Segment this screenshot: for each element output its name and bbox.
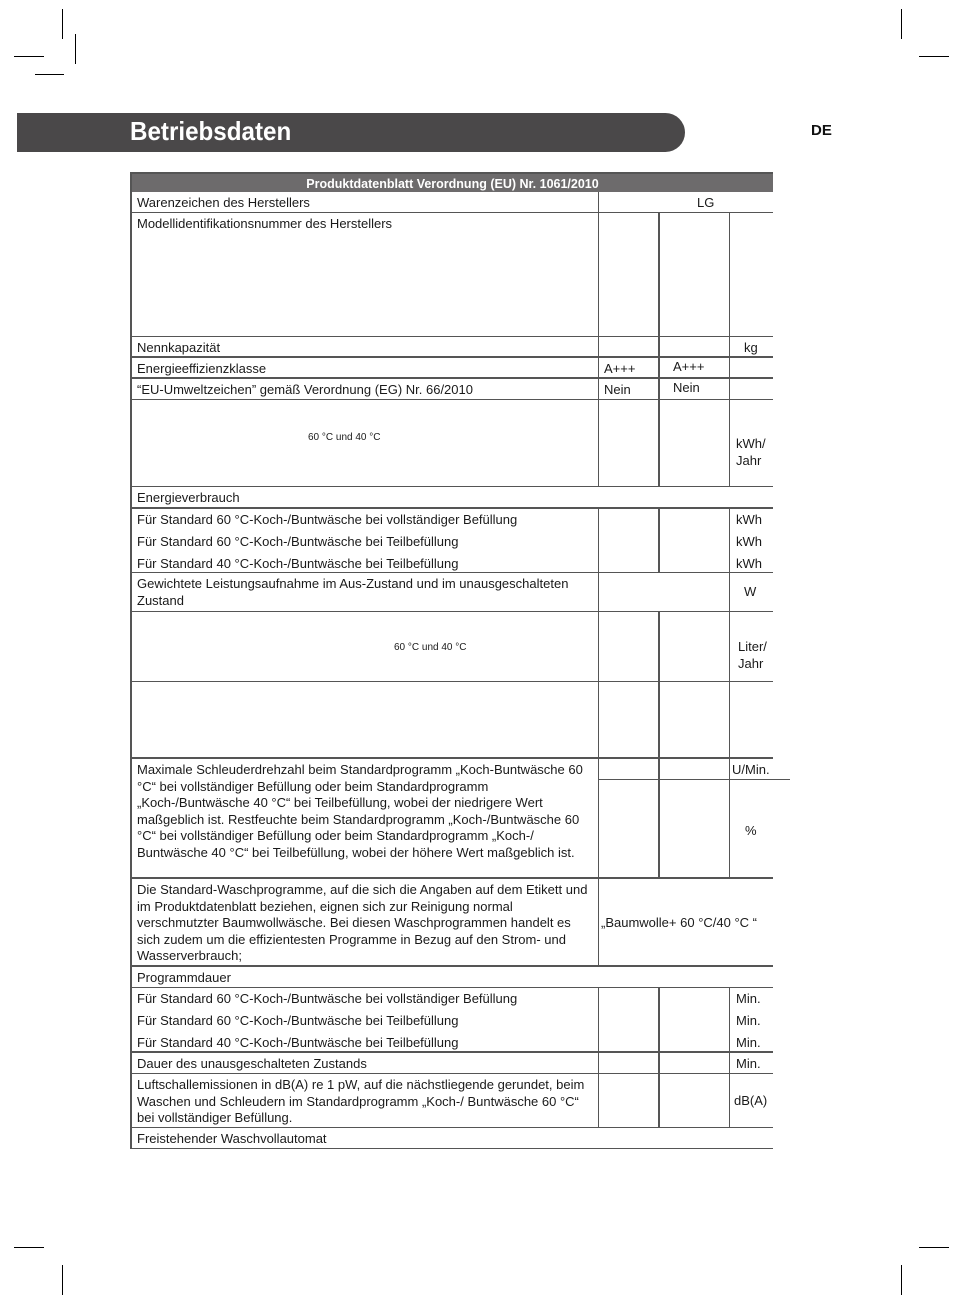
unit-text: Min. bbox=[736, 991, 761, 1006]
crop-mark bbox=[901, 9, 902, 39]
row-label: Modellidentifikationsnummer des Herstell… bbox=[137, 216, 597, 233]
crop-mark bbox=[901, 1265, 902, 1295]
row-label: Für Standard 60 °C-Koch-/Buntwäsche bei … bbox=[137, 991, 597, 1008]
value-cell: A+++ bbox=[658, 358, 731, 377]
unit-text: kWh/ bbox=[736, 436, 766, 451]
table-row-noise: Luftschallemissionen in dB(A) re 1 pW, a… bbox=[130, 1074, 773, 1128]
row-label: Luftschallemissionen in dB(A) re 1 pW, a… bbox=[137, 1077, 597, 1127]
product-data-sheet-table: Produktdatenblatt Verordnung (EU) Nr. 10… bbox=[130, 172, 773, 1149]
unit-cell: kWh kWh kWh bbox=[729, 509, 776, 572]
row-label: Für Standard 60 °C-Koch-/Buntwäsche bei … bbox=[137, 534, 597, 551]
value-cell bbox=[598, 573, 730, 611]
table-row-annual-energy: 60 °C und 40 °C kWh/ Jahr bbox=[130, 400, 773, 487]
crop-mark bbox=[62, 1265, 63, 1295]
unit-text: Min. bbox=[736, 1013, 761, 1028]
unit-text: Min. bbox=[736, 1056, 761, 1071]
unit-cell bbox=[729, 358, 776, 377]
unit-text: Min. bbox=[736, 1035, 761, 1050]
table-row-duration-section: Programmdauer bbox=[130, 967, 773, 988]
row-label: “EU-Umweltzeichen” gemäß Verordnung (EG)… bbox=[137, 382, 597, 399]
section-banner: Betriebsdaten bbox=[17, 113, 685, 152]
unit-cell: W bbox=[729, 573, 776, 611]
value-cell bbox=[658, 213, 731, 336]
table-row-spin-moisture: Maximale Schleuderdrehzahl beim Standard… bbox=[130, 759, 773, 879]
row-label: Für Standard 60 °C-Koch-/Buntwäsche bei … bbox=[137, 1013, 597, 1030]
table-row-left-on: Dauer des unausgeschalteten Zustands Min… bbox=[130, 1053, 773, 1074]
value-cell bbox=[598, 988, 659, 1051]
unit-text: Jahr bbox=[736, 453, 761, 468]
value-cell bbox=[658, 682, 731, 757]
value-cell: A+++ bbox=[598, 358, 659, 377]
unit-text: W bbox=[744, 584, 756, 599]
unit-cell: Min. bbox=[729, 1053, 776, 1073]
value-cell bbox=[598, 612, 659, 681]
cell-value: A+++ bbox=[673, 359, 704, 374]
crop-mark bbox=[919, 56, 949, 57]
crop-mark bbox=[919, 1247, 949, 1248]
table-row-duration-items: Für Standard 60 °C-Koch-/Buntwäsche bei … bbox=[130, 988, 773, 1053]
table-row-model: Modellidentifikationsnummer des Herstell… bbox=[130, 213, 773, 337]
value-cell bbox=[598, 682, 659, 757]
section-label: Energieverbrauch bbox=[137, 490, 597, 507]
unit-text: kWh bbox=[736, 534, 762, 549]
unit-text: kWh bbox=[736, 512, 762, 527]
cell-value: Nein bbox=[604, 382, 631, 397]
section-label: Programmdauer bbox=[137, 970, 597, 987]
unit-text: % bbox=[745, 823, 757, 838]
table-header: Produktdatenblatt Verordnung (EU) Nr. 10… bbox=[130, 172, 773, 192]
value-cell bbox=[658, 612, 731, 681]
value-cell bbox=[598, 1074, 659, 1127]
table-row-standby-power: Gewichtete Leistungsaufnahme im Aus-Zust… bbox=[130, 573, 773, 612]
value-cell bbox=[658, 337, 731, 356]
value-cell bbox=[598, 509, 659, 572]
value-cell bbox=[658, 988, 731, 1051]
table-row-energy-section: Energieverbrauch bbox=[130, 487, 773, 509]
unit-text: dB(A) bbox=[734, 1093, 767, 1108]
value-cell bbox=[658, 759, 731, 877]
unit-cell: U/Min. % bbox=[729, 759, 776, 877]
row-label: Energieeffizienzklasse bbox=[137, 361, 597, 378]
unit-cell: Liter/ Jahr bbox=[729, 612, 776, 681]
table-row-empty bbox=[130, 682, 773, 759]
row-label: Maximale Schleuderdrehzahl beim Standard… bbox=[137, 762, 597, 861]
table-row-capacity: Nennkapazität kg bbox=[130, 337, 773, 358]
table-row-energy-items: Für Standard 60 °C-Koch-/Buntwäsche bei … bbox=[130, 509, 773, 573]
unit-cell bbox=[729, 213, 776, 336]
table-row-type: Freistehender Waschvollautomat bbox=[130, 1128, 773, 1149]
row-label: Für Standard 60 °C-Koch-/Buntwäsche bei … bbox=[137, 512, 597, 529]
value-cell bbox=[598, 337, 659, 356]
page-title: Betriebsdaten bbox=[130, 116, 291, 147]
row-label: Für Standard 40 °C-Koch-/Buntwäsche bei … bbox=[137, 556, 597, 573]
brand-value-cell: LG bbox=[598, 192, 776, 212]
cell-value: Nein bbox=[673, 380, 700, 395]
unit-cell bbox=[729, 682, 776, 757]
table-row-annual-water: 60 °C und 40 °C Liter/ Jahr bbox=[130, 612, 773, 682]
table-row-programs: Die Standard-Waschprogramme, auf die sic… bbox=[130, 879, 773, 967]
program-value: „Baumwolle+ 60 °C/40 °C “ bbox=[601, 915, 757, 930]
cell-value: A+++ bbox=[604, 361, 635, 376]
crop-mark bbox=[35, 74, 64, 75]
table-row-ecolabel: “EU-Umweltzeichen” gemäß Verordnung (EG)… bbox=[130, 379, 773, 400]
crop-mark bbox=[75, 34, 76, 64]
value-cell bbox=[598, 400, 659, 486]
unit-cell: kg bbox=[729, 337, 776, 356]
value-cell bbox=[598, 213, 659, 336]
unit-cell bbox=[729, 379, 776, 399]
value-cell bbox=[598, 1053, 659, 1073]
value-cell bbox=[658, 400, 731, 486]
value-cell: Nein bbox=[658, 379, 731, 399]
table-row-brand: Warenzeichen des Herstellers LG bbox=[130, 192, 773, 213]
unit-text: kWh bbox=[736, 556, 762, 571]
row-label: Freistehender Waschvollautomat bbox=[137, 1131, 597, 1148]
table-row-efficiency: Energieeffizienzklasse A+++ A+++ bbox=[130, 358, 773, 379]
value-cell: „Baumwolle+ 60 °C/40 °C “ bbox=[598, 879, 776, 965]
crop-mark bbox=[14, 1247, 44, 1248]
row-label: Für Standard 40 °C-Koch-/Buntwäsche bei … bbox=[137, 1035, 597, 1052]
unit-cell: Min. Min. Min. bbox=[729, 988, 776, 1051]
unit-text: Jahr bbox=[738, 656, 763, 671]
value-cell bbox=[658, 1053, 731, 1073]
value-cell bbox=[598, 759, 659, 877]
row-label: Warenzeichen des Herstellers bbox=[137, 195, 597, 212]
unit-text: U/Min. bbox=[732, 762, 770, 777]
row-label: Gewichtete Leistungsaufnahme im Aus-Zust… bbox=[137, 576, 597, 609]
crop-mark bbox=[62, 9, 63, 39]
row-label: Nennkapazität bbox=[137, 340, 597, 357]
value-cell bbox=[658, 1074, 731, 1127]
row-label: Die Standard-Waschprogramme, auf die sic… bbox=[137, 882, 597, 965]
value-cell bbox=[658, 509, 731, 572]
language-tag: DE bbox=[811, 122, 832, 139]
unit-text: kg bbox=[744, 340, 758, 355]
unit-text: Liter/ bbox=[738, 639, 767, 654]
unit-cell: dB(A) bbox=[729, 1074, 776, 1127]
value-cell: Nein bbox=[598, 379, 659, 399]
brand-value: LG bbox=[697, 195, 714, 210]
crop-mark bbox=[14, 56, 44, 57]
row-label: Dauer des unausgeschalteten Zustands bbox=[137, 1056, 597, 1073]
unit-cell: kWh/ Jahr bbox=[729, 400, 776, 486]
